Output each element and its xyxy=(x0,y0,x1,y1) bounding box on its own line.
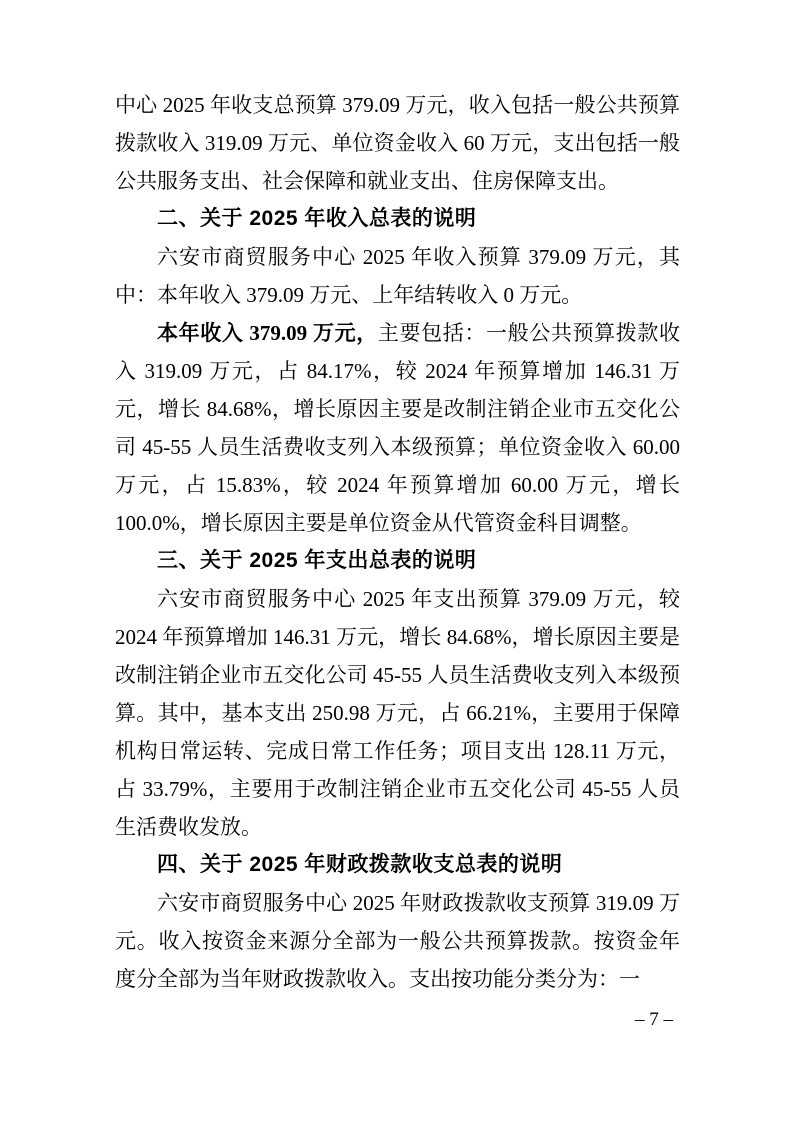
paragraph-income-detail-rest: 主要包括：一般公共预算拨款收入 319.09 万元，占 84.17%，较 202… xyxy=(115,321,680,535)
page-number: – 7 – xyxy=(635,1008,673,1032)
paragraph-income-detail-bold-lead: 本年收入 379.09 万元， xyxy=(157,321,378,345)
paragraph-income-overview: 六安市商贸服务中心 2025 年收入预算 379.09 万元，其中：本年收入 3… xyxy=(115,238,680,314)
section-heading-expenditure-table: 三、关于 2025 年支出总表的说明 xyxy=(115,542,680,580)
section-heading-fiscal-appropriation-table: 四、关于 2025 年财政拨款收支总表的说明 xyxy=(115,846,680,884)
paragraph-expenditure-detail: 六安市商贸服务中心 2025 年支出预算 379.09 万元，较 2024 年预… xyxy=(115,580,680,846)
paragraph-income-detail: 本年收入 379.09 万元，主要包括：一般公共预算拨款收入 319.09 万元… xyxy=(115,314,680,542)
document-page: 中心 2025 年收支总预算 379.09 万元，收入包括一般公共预算拨款收入 … xyxy=(0,0,793,1122)
section-heading-income-table: 二、关于 2025 年收入总表的说明 xyxy=(115,200,680,238)
paragraph-fiscal-appropriation-detail: 六安市商贸服务中心 2025 年财政拨款收支预算 319.09 万元。收入按资金… xyxy=(115,884,680,998)
document-body: 中心 2025 年收支总预算 379.09 万元，收入包括一般公共预算拨款收入 … xyxy=(115,86,680,998)
paragraph-budget-summary-continuation: 中心 2025 年收支总预算 379.09 万元，收入包括一般公共预算拨款收入 … xyxy=(115,86,680,200)
